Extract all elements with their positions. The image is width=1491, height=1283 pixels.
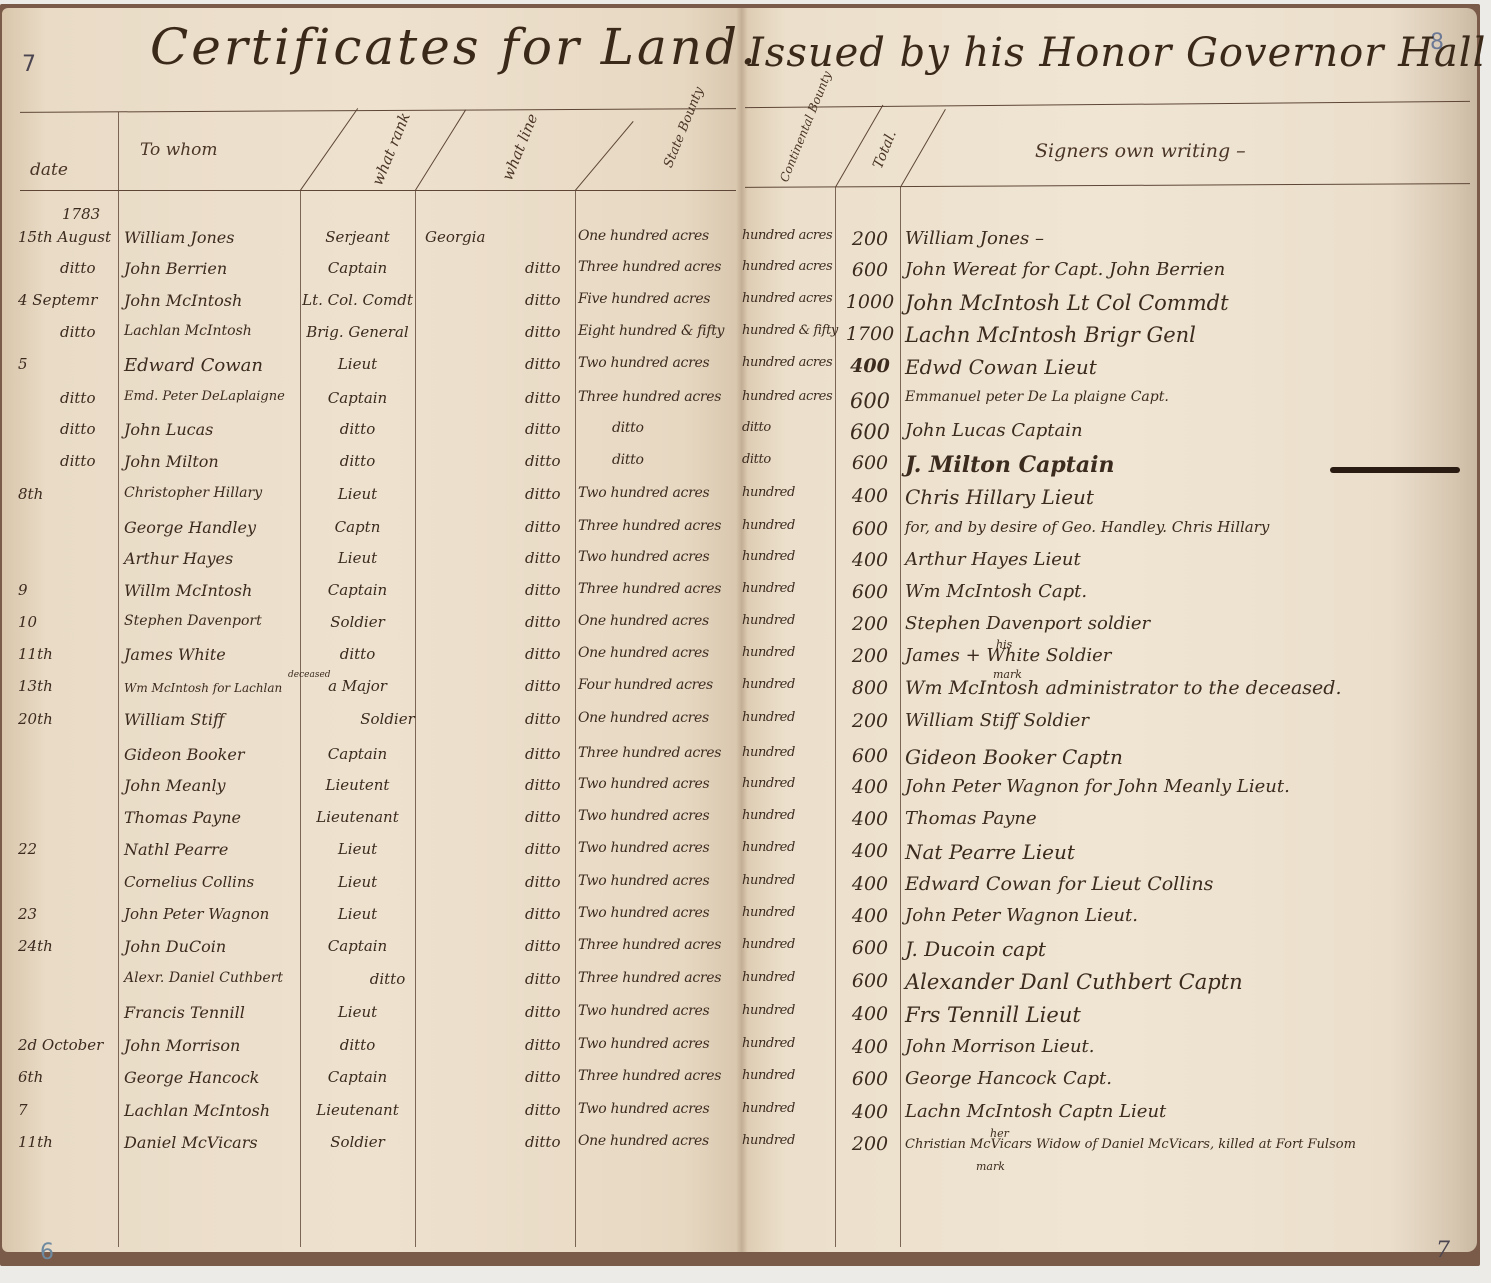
row-total: 600 bbox=[840, 518, 900, 540]
row-signature: John McIntosh Lt Col Commdt bbox=[905, 291, 1475, 315]
ledger-row: Alexr. Daniel Cuthbert ditto ditto Three… bbox=[0, 970, 1491, 1001]
row-rank: ditto bbox=[300, 420, 415, 438]
row-continental-bounty: hundred bbox=[742, 745, 837, 760]
row-date: 11th bbox=[18, 645, 118, 663]
row-signature: William Jones – bbox=[905, 228, 1475, 249]
row-rank: Captain bbox=[300, 259, 415, 277]
row-rank: Captain bbox=[300, 745, 415, 763]
row-continental-bounty: ditto bbox=[742, 420, 837, 435]
row-rank: Captain bbox=[300, 389, 415, 407]
row-total: 600 bbox=[840, 259, 900, 281]
ledger-row: 4 Septemr John McIntosh Lt. Col. Comdt d… bbox=[0, 291, 1491, 322]
row-continental-bounty: hundred bbox=[742, 1036, 837, 1051]
row-signature: John Wereat for Capt. John Berrien bbox=[905, 259, 1475, 280]
row-name: Francis Tennill bbox=[124, 1003, 304, 1022]
row-total: 200 bbox=[840, 228, 900, 250]
row-total: 600 bbox=[840, 420, 900, 444]
row-signature: Stephen Davenport soldier bbox=[905, 613, 1475, 634]
row-name: Stephen Davenport bbox=[124, 613, 304, 629]
row-rank: Lieut bbox=[300, 840, 415, 858]
row-rank: Lieut bbox=[300, 873, 415, 891]
row-signature: John Peter Wagnon for John Meanly Lieut. bbox=[905, 776, 1475, 797]
row-signature: William Stiff Soldier bbox=[905, 710, 1475, 731]
row-continental-bounty: hundred acres bbox=[742, 228, 837, 243]
row-rank: Soldier bbox=[300, 613, 415, 631]
row-total: 600 bbox=[840, 389, 900, 413]
row-signature: J. Milton Captain bbox=[905, 452, 1475, 478]
row-total: 400 bbox=[840, 905, 900, 927]
row-continental-bounty: ditto bbox=[742, 452, 837, 467]
row-continental-bounty: hundred bbox=[742, 710, 837, 725]
ledger-row: ditto Emd. Peter DeLaplaigne Captain dit… bbox=[0, 389, 1491, 420]
page-number-top-left: 7 bbox=[22, 52, 36, 77]
row-signature: Nat Pearre Lieut bbox=[905, 840, 1475, 864]
row-date: 24th bbox=[18, 937, 118, 955]
row-continental-bounty: hundred bbox=[742, 677, 837, 692]
row-signature: J. Ducoin capt bbox=[905, 937, 1475, 961]
row-total: 600 bbox=[840, 970, 900, 992]
row-total: 200 bbox=[840, 645, 900, 667]
row-name: John Berrien bbox=[124, 259, 304, 278]
ledger-title-right: Issued by his Honor Governor Hall 1783 bbox=[748, 30, 1491, 76]
row-rank: Lieut bbox=[300, 1003, 415, 1021]
row-name: John Peter Wagnon bbox=[124, 905, 304, 923]
row-signature: George Hancock Capt. bbox=[905, 1068, 1475, 1089]
ledger-row: 11th James White ditto ditto One hundred… bbox=[0, 645, 1491, 676]
row-date: 22 bbox=[18, 840, 118, 858]
row-name: Lachlan McIntosh bbox=[124, 323, 304, 339]
row-signature: Edward Cowan for Lieut Collins bbox=[905, 873, 1475, 895]
row-rank: Lieut bbox=[300, 549, 415, 567]
row-name: Thomas Payne bbox=[124, 808, 304, 827]
row-total: 400 bbox=[840, 840, 900, 862]
row-rank: Lieutenant bbox=[300, 1101, 415, 1119]
ledger-row: 7 Lachlan McIntosh Lieutenant ditto Two … bbox=[0, 1101, 1491, 1132]
ledger-row: 5 Edward Cowan Lieut ditto Two hundred a… bbox=[0, 355, 1491, 386]
row-rank: Serjeant bbox=[300, 228, 415, 246]
row-name: John McIntosh bbox=[124, 291, 304, 310]
ledger-row: 22 Nathl Pearre Lieut ditto Two hundred … bbox=[0, 840, 1491, 871]
row-name: George Hancock bbox=[124, 1068, 304, 1087]
year-note: 1783 bbox=[62, 205, 100, 223]
page-number-bottom-left: 6 bbox=[40, 1240, 54, 1265]
row-name: Gideon Booker bbox=[124, 745, 304, 764]
ledger-row: John Meanly Lieutent ditto Two hundred a… bbox=[0, 776, 1491, 807]
row-total: 1700 bbox=[840, 323, 900, 345]
row-name: John Morrison bbox=[124, 1036, 304, 1055]
row-continental-bounty: hundred bbox=[742, 518, 837, 533]
row-total: 200 bbox=[840, 710, 900, 732]
row-total: 600 bbox=[840, 452, 900, 474]
row-continental-bounty: hundred bbox=[742, 645, 837, 660]
ledger-row: Thomas Payne Lieutenant ditto Two hundre… bbox=[0, 808, 1491, 839]
ledger-row: 15th August William Jones Serjeant Georg… bbox=[0, 228, 1491, 259]
row-name: Daniel McVicars bbox=[124, 1133, 304, 1152]
row-continental-bounty: hundred bbox=[742, 549, 837, 564]
ledger-row: 6th George Hancock Captain ditto Three h… bbox=[0, 1068, 1491, 1099]
ledger-row: 23 John Peter Wagnon Lieut ditto Two hun… bbox=[0, 905, 1491, 936]
row-signature: for, and by desire of Geo. Handley. Chri… bbox=[905, 518, 1475, 536]
row-name: Nathl Pearre bbox=[124, 840, 304, 859]
row-date: 5 bbox=[18, 355, 118, 373]
row-continental-bounty: hundred bbox=[742, 905, 837, 920]
row-total: 400 bbox=[840, 873, 900, 895]
row-date: 20th bbox=[18, 710, 118, 728]
row-rank: Lieutenant bbox=[300, 808, 415, 826]
ledger-row: 11th Daniel McVicars Soldier ditto One h… bbox=[0, 1133, 1491, 1164]
mark-annotation-his: his bbox=[996, 638, 1012, 651]
row-name: Emd. Peter DeLaplaigne bbox=[124, 389, 304, 404]
row-name: Arthur Hayes bbox=[124, 549, 304, 568]
row-continental-bounty: hundred bbox=[742, 840, 837, 855]
ledger-row: ditto Lachlan McIntosh Brig. General dit… bbox=[0, 323, 1491, 354]
row-name: Lachlan McIntosh bbox=[124, 1101, 304, 1120]
row-signature: Arthur Hayes Lieut bbox=[905, 549, 1475, 570]
row-continental-bounty: hundred bbox=[742, 808, 837, 823]
row-signature: Lachn McIntosh Captn Lieut bbox=[905, 1101, 1475, 1122]
row-rank: Lieutent bbox=[300, 776, 415, 794]
ledger-row: ditto John Lucas ditto ditto ditto ditto… bbox=[0, 420, 1491, 451]
row-rank: Lt. Col. Comdt bbox=[300, 291, 415, 309]
row-signature: John Morrison Lieut. bbox=[905, 1036, 1475, 1057]
header-signature: Signers own writing – bbox=[1035, 140, 1246, 162]
row-date: 15th August bbox=[18, 228, 118, 246]
ledger-row: Cornelius Collins Lieut ditto Two hundre… bbox=[0, 873, 1491, 904]
ledger-row: 2d October John Morrison ditto ditto Two… bbox=[0, 1036, 1491, 1067]
row-rank: ditto bbox=[330, 970, 445, 988]
row-continental-bounty: hundred bbox=[742, 1003, 837, 1018]
ledger-row: 13th Wm McIntosh for Lachlan a Major dit… bbox=[0, 677, 1491, 708]
row-name: John Meanly bbox=[124, 776, 304, 795]
row-name: Willm McIntosh bbox=[124, 581, 304, 600]
row-rank: ditto bbox=[300, 1036, 415, 1054]
row-continental-bounty: hundred bbox=[742, 485, 837, 500]
ledger-row: ditto John Berrien Captain ditto Three h… bbox=[0, 259, 1491, 290]
ink-flourish bbox=[1330, 467, 1460, 473]
row-rank: Lieut bbox=[300, 355, 415, 373]
header-date: date bbox=[30, 160, 68, 180]
row-signature: Lachn McIntosh Brigr Genl bbox=[905, 323, 1475, 347]
row-continental-bounty: hundred bbox=[742, 1068, 837, 1083]
ledger-row: Gideon Booker Captain ditto Three hundre… bbox=[0, 745, 1491, 776]
row-rank: Soldier bbox=[330, 710, 445, 728]
ledger-row: 20th William Stiff Soldier ditto One hun… bbox=[0, 710, 1491, 741]
row-rank: Lieut bbox=[300, 905, 415, 923]
row-signature: Wm McIntosh Capt. bbox=[905, 581, 1475, 602]
ledger-row: 10 Stephen Davenport Soldier ditto One h… bbox=[0, 613, 1491, 644]
row-line: Georgia bbox=[425, 228, 525, 246]
row-date: 4 Septemr bbox=[18, 291, 118, 309]
page-number-bottom-right: 7 bbox=[1436, 1238, 1450, 1263]
row-continental-bounty: hundred bbox=[742, 613, 837, 628]
row-date: 2d October bbox=[18, 1036, 118, 1054]
row-signature: John Lucas Captain bbox=[905, 420, 1475, 441]
row-total: 400 bbox=[840, 1003, 900, 1025]
deceased-annotation: deceased bbox=[288, 670, 331, 680]
ledger-row: 24th John DuCoin Captain ditto Three hun… bbox=[0, 937, 1491, 968]
row-total: 400 bbox=[840, 1036, 900, 1058]
row-total: 200 bbox=[840, 1133, 900, 1155]
row-rank: ditto bbox=[300, 452, 415, 470]
row-total: 800 bbox=[840, 677, 900, 699]
row-date: 6th bbox=[18, 1068, 118, 1086]
row-continental-bounty: hundred & fifty bbox=[742, 323, 837, 338]
row-name: Edward Cowan bbox=[124, 355, 304, 376]
row-total: 400 bbox=[840, 485, 900, 507]
row-total: 400 bbox=[840, 808, 900, 830]
row-rank: Captain bbox=[300, 937, 415, 955]
row-name: John Milton bbox=[124, 452, 304, 471]
mark-annotation-mark: mark bbox=[976, 1160, 1005, 1173]
row-continental-bounty: hundred bbox=[742, 581, 837, 596]
row-rank: Lieut bbox=[300, 485, 415, 503]
row-total: 600 bbox=[840, 937, 900, 959]
row-rank: Soldier bbox=[300, 1133, 415, 1151]
row-name: John Lucas bbox=[124, 420, 304, 439]
row-name: Cornelius Collins bbox=[124, 873, 304, 891]
row-signature: Thomas Payne bbox=[905, 808, 1475, 829]
row-name: William Stiff bbox=[124, 710, 304, 729]
row-signature: James + White Soldier bbox=[905, 645, 1475, 666]
ledger-row: Arthur Hayes Lieut ditto Two hundred acr… bbox=[0, 549, 1491, 580]
row-total: 1000 bbox=[840, 291, 900, 313]
row-total: 400 bbox=[840, 776, 900, 798]
header-to-whom: To whom bbox=[140, 140, 218, 160]
row-signature: Chris Hillary Lieut bbox=[905, 485, 1475, 509]
row-signature: Frs Tennill Lieut bbox=[905, 1003, 1475, 1027]
row-total: 600 bbox=[840, 1068, 900, 1090]
row-rank: Brig. General bbox=[300, 323, 415, 341]
row-name: George Handley bbox=[124, 518, 304, 537]
row-continental-bounty: hundred bbox=[742, 873, 837, 888]
row-name: Wm McIntosh for Lachlan bbox=[124, 681, 304, 695]
row-continental-bounty: hundred acres bbox=[742, 389, 837, 404]
ledger-title-left: Certificates for Land. bbox=[150, 18, 759, 76]
row-line: ditto bbox=[525, 420, 625, 438]
row-signature: Emmanuel peter De La plaigne Capt. bbox=[905, 389, 1475, 405]
row-continental-bounty: hundred acres bbox=[742, 291, 837, 306]
row-total: 400 bbox=[840, 355, 900, 377]
row-continental-bounty: hundred acres bbox=[742, 259, 837, 274]
row-line: ditto bbox=[525, 452, 625, 470]
ledger-row: 9 Willm McIntosh Captain ditto Three hun… bbox=[0, 581, 1491, 612]
row-signature: Gideon Booker Captn bbox=[905, 745, 1475, 769]
row-total: 600 bbox=[840, 581, 900, 603]
row-continental-bounty: hundred acres bbox=[742, 355, 837, 370]
ledger-row: 8th Christopher Hillary Lieut ditto Two … bbox=[0, 485, 1491, 516]
row-signature: Edwd Cowan Lieut bbox=[905, 355, 1475, 379]
ledger-row: George Handley Captn ditto Three hundred… bbox=[0, 518, 1491, 549]
row-rank: ditto bbox=[300, 645, 415, 663]
row-rank: Captain bbox=[300, 581, 415, 599]
row-total: 200 bbox=[840, 613, 900, 635]
mark-annotation-her: her bbox=[990, 1127, 1009, 1140]
row-name: Alexr. Daniel Cuthbert bbox=[124, 970, 304, 986]
row-signature: John Peter Wagnon Lieut. bbox=[905, 905, 1475, 926]
row-continental-bounty: hundred bbox=[742, 970, 837, 985]
row-total: 600 bbox=[840, 745, 900, 767]
row-name: James White bbox=[124, 645, 304, 664]
row-rank: Captn bbox=[300, 518, 415, 536]
row-signature: Alexander Danl Cuthbert Captn bbox=[905, 970, 1475, 994]
row-name: Christopher Hillary bbox=[124, 485, 304, 501]
row-continental-bounty: hundred bbox=[742, 1101, 837, 1116]
row-name: John DuCoin bbox=[124, 937, 304, 956]
ledger-row: Francis Tennill Lieut ditto Two hundred … bbox=[0, 1003, 1491, 1034]
row-rank: Captain bbox=[300, 1068, 415, 1086]
row-date: 10 bbox=[18, 613, 118, 631]
row-date: 23 bbox=[18, 905, 118, 923]
row-total: 400 bbox=[840, 1101, 900, 1123]
row-signature: Wm McIntosh administrator to the decease… bbox=[905, 677, 1475, 699]
row-date: 8th bbox=[18, 485, 118, 503]
row-name: William Jones bbox=[124, 228, 304, 247]
row-date: 9 bbox=[18, 581, 118, 599]
row-date: 13th bbox=[18, 677, 118, 695]
row-continental-bounty: hundred bbox=[742, 776, 837, 791]
row-date: 11th bbox=[18, 1133, 118, 1151]
row-date: 7 bbox=[18, 1101, 118, 1119]
ledger-row: ditto John Milton ditto ditto ditto ditt… bbox=[0, 452, 1491, 483]
row-continental-bounty: hundred bbox=[742, 1133, 837, 1148]
header-bottom-rule-left bbox=[20, 190, 736, 191]
row-total: 400 bbox=[840, 549, 900, 571]
row-continental-bounty: hundred bbox=[742, 937, 837, 952]
